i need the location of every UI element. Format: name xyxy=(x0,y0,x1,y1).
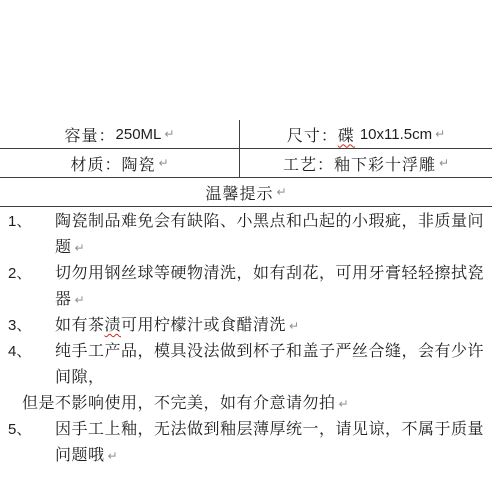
tip-item-4: 4、 纯手工产品，模具没法做到杯子和盖子严丝合缝，会有少许间隙， 但是不影响使用… xyxy=(0,339,492,417)
tip-number: 4、 xyxy=(0,339,55,391)
tip-item-row: 4、 纯手工产品，模具没法做到杯子和盖子严丝合缝，会有少许间隙， xyxy=(0,339,492,391)
return-arrow-icon: ↵ xyxy=(439,156,449,170)
return-arrow-icon: ↵ xyxy=(75,241,85,255)
tip-text: 陶瓷制品难免会有缺陷、小黑点和凸起的小瑕疵，非质量问题↵ xyxy=(55,209,492,261)
return-arrow-icon: ↵ xyxy=(158,156,168,170)
tip-text-content: 陶瓷制品难免会有缺陷、小黑点和凸起的小瑕疵，非质量问题 xyxy=(55,213,484,256)
tip-number: 1、 xyxy=(0,209,55,261)
return-arrow-icon: ↵ xyxy=(435,127,445,141)
tip-item-row: 2、 切勿用钢丝球等硬物清洗，如有刮花，可用牙膏轻轻擦拭瓷器↵ xyxy=(0,261,492,313)
size-flagged-word: 碟 xyxy=(338,123,355,146)
tip-text-content: 切勿用钢丝球等硬物清洗，如有刮花，可用牙膏轻轻擦拭瓷器 xyxy=(55,265,484,308)
spec-row-material-craft: 材质：陶瓷↵ 工艺：釉下彩十浮雕↵ xyxy=(0,149,492,178)
tips-header: 温馨提示↵ xyxy=(0,178,492,207)
return-arrow-icon: ↵ xyxy=(276,185,286,199)
tips-list: 1、 陶瓷制品难免会有缺陷、小黑点和凸起的小瑕疵，非质量问题↵ 2、 切勿用钢丝… xyxy=(0,209,492,469)
tip-text-content: 可用柠檬汁或食醋清洗 xyxy=(121,317,286,334)
spec-row-capacity-size: 容量：250ML↵ 尺寸：碟10x11.5cm↵ xyxy=(0,120,492,149)
tip-item-5: 5、 因手工上釉，无法做到釉层薄厚统一，请见谅，不属于质量问题哦↵ xyxy=(0,417,492,469)
tip-text-content: 因手工上釉，无法做到釉层薄厚统一，请见谅，不属于质量问题哦 xyxy=(55,421,484,464)
return-arrow-icon: ↵ xyxy=(339,397,349,411)
tip-item-row: 5、 因手工上釉，无法做到釉层薄厚统一，请见谅，不属于质量问题哦↵ xyxy=(0,417,492,469)
tip-text: 如有茶渍可用柠檬汁或食醋清洗↵ xyxy=(55,313,492,339)
product-description-page: 容量：250ML↵ 尺寸：碟10x11.5cm↵ 材质：陶瓷↵ 工艺：釉下彩十浮… xyxy=(0,0,492,492)
material-value: 陶瓷 xyxy=(121,152,155,175)
return-arrow-icon: ↵ xyxy=(164,127,174,141)
spec-cell-material: 材质：陶瓷↵ xyxy=(0,149,240,177)
tip-text-content: 纯手工产品，模具没法做到杯子和盖子严丝合缝，会有少许间隙， xyxy=(55,343,484,386)
tip-text: 因手工上釉，无法做到釉层薄厚统一，请见谅，不属于质量问题哦↵ xyxy=(55,417,492,469)
material-label: 材质： xyxy=(70,152,121,175)
size-value: 10x11.5cm xyxy=(360,126,432,143)
tip-number: 3、 xyxy=(0,313,55,339)
spec-table: 容量：250ML↵ 尺寸：碟10x11.5cm↵ 材质：陶瓷↵ 工艺：釉下彩十浮… xyxy=(0,120,492,207)
craft-value: 釉下彩十浮雕 xyxy=(334,152,436,175)
tip-item-3: 3、 如有茶渍可用柠檬汁或食醋清洗↵ xyxy=(0,313,492,339)
tip-number: 5、 xyxy=(0,417,55,469)
size-label: 尺寸： xyxy=(287,123,338,146)
tip-item-1: 1、 陶瓷制品难免会有缺陷、小黑点和凸起的小瑕疵，非质量问题↵ xyxy=(0,209,492,261)
craft-label: 工艺： xyxy=(283,152,334,175)
return-arrow-icon: ↵ xyxy=(75,293,85,307)
tip-text-content: 但是不影响使用，不完美，如有介意请勿拍 xyxy=(22,395,336,412)
tip-text-content: 如有茶 xyxy=(55,317,105,334)
tip-item-row: 1、 陶瓷制品难免会有缺陷、小黑点和凸起的小瑕疵，非质量问题↵ xyxy=(0,209,492,261)
return-arrow-icon: ↵ xyxy=(289,319,299,333)
tip-flagged-word: 渍 xyxy=(105,317,122,334)
tips-header-text: 温馨提示 xyxy=(205,181,273,204)
tip-number: 2、 xyxy=(0,261,55,313)
spec-cell-craft: 工艺：釉下彩十浮雕↵ xyxy=(240,149,492,177)
spec-cell-size: 尺寸：碟10x11.5cm↵ xyxy=(240,120,492,148)
tip-item-row: 3、 如有茶渍可用柠檬汁或食醋清洗↵ xyxy=(0,313,492,339)
spec-cell-capacity: 容量：250ML↵ xyxy=(0,120,240,148)
return-arrow-icon: ↵ xyxy=(108,449,118,463)
tip-text: 纯手工产品，模具没法做到杯子和盖子严丝合缝，会有少许间隙， xyxy=(55,339,492,391)
tip-text: 切勿用钢丝球等硬物清洗，如有刮花，可用牙膏轻轻擦拭瓷器↵ xyxy=(55,261,492,313)
tip-text-line2: 但是不影响使用，不完美，如有介意请勿拍↵ xyxy=(22,391,492,417)
tip-item-2: 2、 切勿用钢丝球等硬物清洗，如有刮花，可用牙膏轻轻擦拭瓷器↵ xyxy=(0,261,492,313)
capacity-label: 容量： xyxy=(65,123,116,146)
capacity-value: 250ML xyxy=(116,126,162,143)
